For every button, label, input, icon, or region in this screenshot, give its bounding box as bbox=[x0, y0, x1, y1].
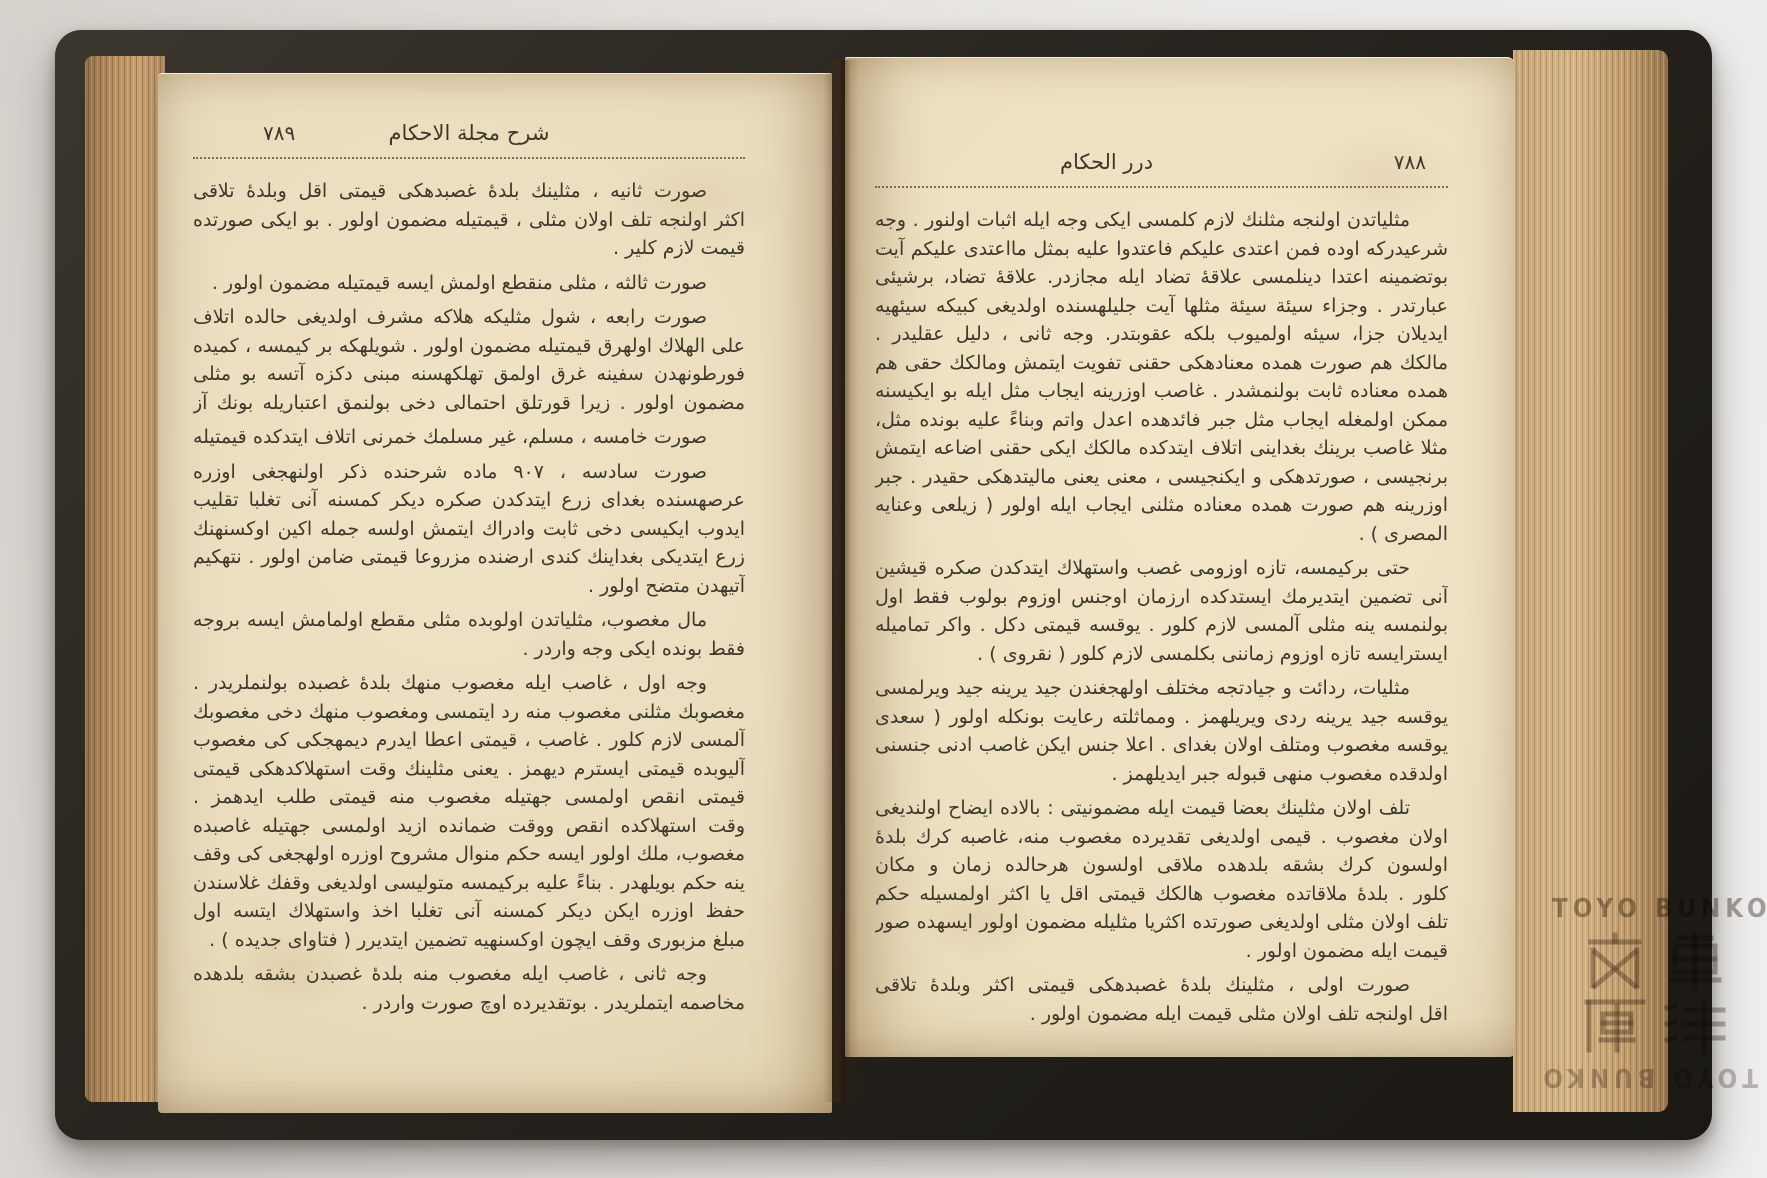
right-page-header: ٧٨٨ درر الحكام bbox=[875, 150, 1448, 184]
right-page: ٧٨٨ درر الحكام مثلياتدن اولنجه مثلنك لاز… bbox=[845, 57, 1515, 1057]
text-line: اولان مغصوب . قيمى اولديغى تقديرده مغصوب… bbox=[875, 823, 1448, 852]
text-line: مثلا غاصب برينك بغداينى اتلاف ايتدكده ما… bbox=[875, 434, 1448, 463]
text-line: آنى تضمين ايتديرمك ايستدكده ارزمان اوجنس… bbox=[875, 583, 1448, 612]
left-page-text: صورت ثانيه ، مثلينك بلدهٔ غصبدهكى قيمتى … bbox=[193, 159, 745, 1017]
text-line: فقط بونده ايكى وجه واردر . bbox=[193, 635, 745, 664]
text-line: ايدوب ايكيسى دخى ثابت وادراك ايتمش اولسه… bbox=[193, 515, 745, 544]
right-page-title: درر الحكام bbox=[1060, 150, 1153, 174]
photo-scene: ٧٨٩ شرح مجلة الاحكام صورت ثانيه ، مثلينك… bbox=[0, 0, 1767, 1178]
text-line: همده معناده ثابت بولنمشدر . غاصب اوزرينه… bbox=[875, 377, 1448, 406]
right-page-text: مثلياتدن اولنجه مثلنك لازم كلمسى ايكى وج… bbox=[875, 188, 1448, 1028]
book-gutter bbox=[823, 60, 859, 1102]
left-page-edges bbox=[85, 56, 165, 1102]
text-line: صورت سادسه ، ٩٠٧ ماده شرحنده ذكر اولنهجغ… bbox=[193, 458, 745, 487]
left-page-header: ٧٨٩ شرح مجلة الاحكام bbox=[193, 121, 745, 155]
text-line: اكثر اولنجه تلف اولان مثلى ، قيمتيله مضم… bbox=[193, 206, 745, 235]
text-line: يوقسه جيد يرينه ردى ويريلهمز . ومماثلته … bbox=[875, 703, 1448, 732]
text-line: صورت اولى ، مثلينك بلدهٔ غصبدهكى قيمتى ا… bbox=[875, 971, 1448, 1000]
open-book: ٧٨٩ شرح مجلة الاحكام صورت ثانيه ، مثلينك… bbox=[55, 30, 1712, 1140]
right-page-number: ٧٨٨ bbox=[1394, 150, 1426, 174]
text-line: وجه ثانى ، غاصب ايله مغصوب منه بلدهٔ غصب… bbox=[193, 960, 745, 989]
text-line: مالكك هم صورت همده معنادهكى حقنى تفويت ا… bbox=[875, 349, 1448, 378]
text-line: قيمتى انقص اولمسى جهتيله مغصوب منه قيمتى… bbox=[193, 783, 745, 812]
text-line: صورت خامسه ، مسلم، غير مسلمك خمرنى اتلاف… bbox=[193, 423, 745, 452]
text-line: قيمت لازم كلير . bbox=[193, 234, 745, 263]
left-page-title: شرح مجلة الاحكام bbox=[389, 121, 550, 145]
watermark-seal-icon bbox=[1575, 930, 1735, 1058]
library-watermark: TOYO BUNKO bbox=[1552, 896, 1758, 1090]
text-line: ايسترايسه تازه اوزوم زماننى بكلمسى لازم … bbox=[875, 640, 1448, 669]
text-line: المصرى ) . bbox=[875, 520, 1448, 549]
watermark-text-top: TOYO BUNKO bbox=[1552, 894, 1758, 923]
text-line: تلف اولان مثلى اولديغى صورتده اكثريا مثل… bbox=[875, 908, 1448, 937]
text-line: مخاصمه ايتملريدر . بوتقديرده اوچ صورت وا… bbox=[193, 989, 745, 1018]
text-line: ايديلان جزا، سيئه اولميوب بلكه عقوبتدر. … bbox=[875, 320, 1448, 349]
text-line: عبارتدر . وجزاء سيئة سيئة مثلها آيت جليل… bbox=[875, 292, 1448, 321]
text-line: آتيهدن متضح اولور . bbox=[193, 572, 745, 601]
text-line: يوقسه مغصوب ومتلف اولان بغداى . اعلا جنس… bbox=[875, 731, 1448, 760]
text-line: برنجيسى ، صورتدهكى و ايكنجيسى ، معنى يعن… bbox=[875, 463, 1448, 492]
text-line: مضمون اولور . زيرا قورتلق احتمالى دخى بو… bbox=[193, 389, 745, 418]
text-line: مال مغصوب، مثلياتدن اولوبده مثلى مقطع او… bbox=[193, 606, 745, 635]
text-line: على الهلاك اولهرق قيمتيله مضمون اولور . … bbox=[193, 332, 745, 361]
text-line: آليوبده قيمتى ايسترم ديهمز . يعنى مثلينك… bbox=[193, 755, 745, 784]
text-line: وجه اول ، غاصب ايله مغصوب منهك بلدهٔ غصب… bbox=[193, 669, 745, 698]
text-line: اولدقده مغصوب منهى قبوله جبر ايديلهمز . bbox=[875, 760, 1448, 789]
left-page-number: ٧٨٩ bbox=[263, 121, 295, 145]
text-line: مبلغ مزبورى وقف ايچون اوكسنهيه تضمين ايت… bbox=[193, 926, 745, 955]
text-line: حتى بركيمسه، تازه اوزومى غصب واستهلاك اي… bbox=[875, 554, 1448, 583]
text-line: صورت رابعه ، شول مثليكه هلاكه مشرف اولدي… bbox=[193, 303, 745, 332]
text-line: اقل اولنجه تلف اولان مثلى قيمت ايله مضمو… bbox=[875, 1000, 1448, 1029]
text-line: مثليات، ردائت و جيادتجه مختلف اولهجغندن … bbox=[875, 674, 1448, 703]
text-line: آلمسى لازم كلور . غاصب ، قيمتى اعطا ايدر… bbox=[193, 726, 745, 755]
text-line: اوزرينه هم صورت همده معناده مثلنى ايجاب … bbox=[875, 491, 1448, 520]
text-line: كلور . بلدهٔ ملاقاتده مغصوب هالكك قيمتى … bbox=[875, 880, 1448, 909]
text-line: فورطونهدن سفينه غرق اولمق تهلكهسنه مبنى … bbox=[193, 360, 745, 389]
text-line: صورت ثالثه ، مثلى منقطع اولمش ايسه قيمتي… bbox=[193, 269, 745, 298]
watermark-text-bottom: TOYO BUNKO bbox=[1552, 1062, 1758, 1091]
text-line: زرع ايتديكى بغداينك كندى ارضنده مزروعا ق… bbox=[193, 543, 745, 572]
text-line: عرصهسنده بغداى زرع ايتدكدن صكره ديكر كمس… bbox=[193, 486, 745, 515]
text-line: ممكن اولمغله ايجاب مثل جبر فائدهده اعدل … bbox=[875, 406, 1448, 435]
text-line: مغصوبك مثلنى مغصوب منه رد ايتمسى ومغصوب … bbox=[193, 698, 745, 727]
text-line: شرعيدركه اوده فمن اعتدى عليكم فاعتدوا عل… bbox=[875, 235, 1448, 264]
text-line: قيمت ايله مضمون اولور . bbox=[875, 937, 1448, 966]
text-line: حفظ اوزره ايكن ديكر كمسنه آنى تغلبا اخذ … bbox=[193, 897, 745, 926]
text-line: وقت استهلاكده انقص ووقت ضمانده ازيد اولم… bbox=[193, 812, 745, 841]
text-line: اولسون كرك بشقه بلدهده ملاقى اولسون هرحا… bbox=[875, 851, 1448, 880]
text-line: صورت ثانيه ، مثلينك بلدهٔ غصبدهكى قيمتى … bbox=[193, 177, 745, 206]
text-line: تلف اولان مثلينك بعضا قيمت ايله مضمونيتى… bbox=[875, 794, 1448, 823]
text-line: بوتضمينه اعتدا دينلمسى علاقهٔ تضاد ايله … bbox=[875, 263, 1448, 292]
text-line: مثلياتدن اولنجه مثلنك لازم كلمسى ايكى وج… bbox=[875, 206, 1448, 235]
left-page: ٧٨٩ شرح مجلة الاحكام صورت ثانيه ، مثلينك… bbox=[158, 73, 832, 1113]
text-line: بولنمسه ينه مثلى آلمسى لازم كلور . يوقسه… bbox=[875, 611, 1448, 640]
text-line: مغصوب، ملك اولور ايسه حكم منوال مشروح او… bbox=[193, 840, 745, 869]
text-line: ينه حكم بويلهدر . بناءً عليه بركيمسه متو… bbox=[193, 869, 745, 898]
